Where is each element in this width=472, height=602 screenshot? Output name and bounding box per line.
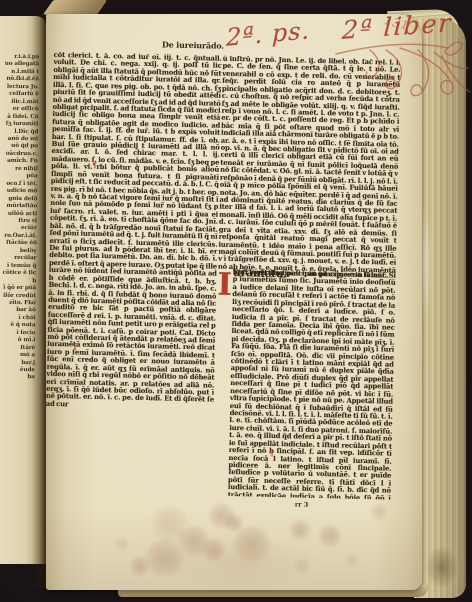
section-body: Et ſi legis illud pīncipiū q̄d exiger nō… bbox=[227, 269, 396, 500]
book-photo: r.i.ā.l.pā uo allegatā n.l.milā t nō.ſki… bbox=[0, 0, 472, 602]
rubric-mark: ¶ bbox=[72, 341, 77, 350]
running-header: De iureiurãdo. bbox=[162, 39, 224, 50]
signature-mark: rr 3 bbox=[212, 499, 390, 511]
left-text-column: cōt clerici. t. ā. co. ad iur̄ oī. iij. … bbox=[44, 52, 222, 507]
right-text-column: ū inſtrū. pr nō. Jnn. Le. ij. de libel. … bbox=[212, 56, 400, 518]
ink-flourish bbox=[330, 4, 472, 124]
rubric-mark: ¶ bbox=[269, 449, 274, 458]
rubricated-initial: I bbox=[217, 270, 231, 303]
right-column-lower: Iuramētū. hoc. c. eſt pīncipali o an pīn… bbox=[213, 269, 396, 500]
rubric-mark: ¶ bbox=[92, 161, 97, 170]
